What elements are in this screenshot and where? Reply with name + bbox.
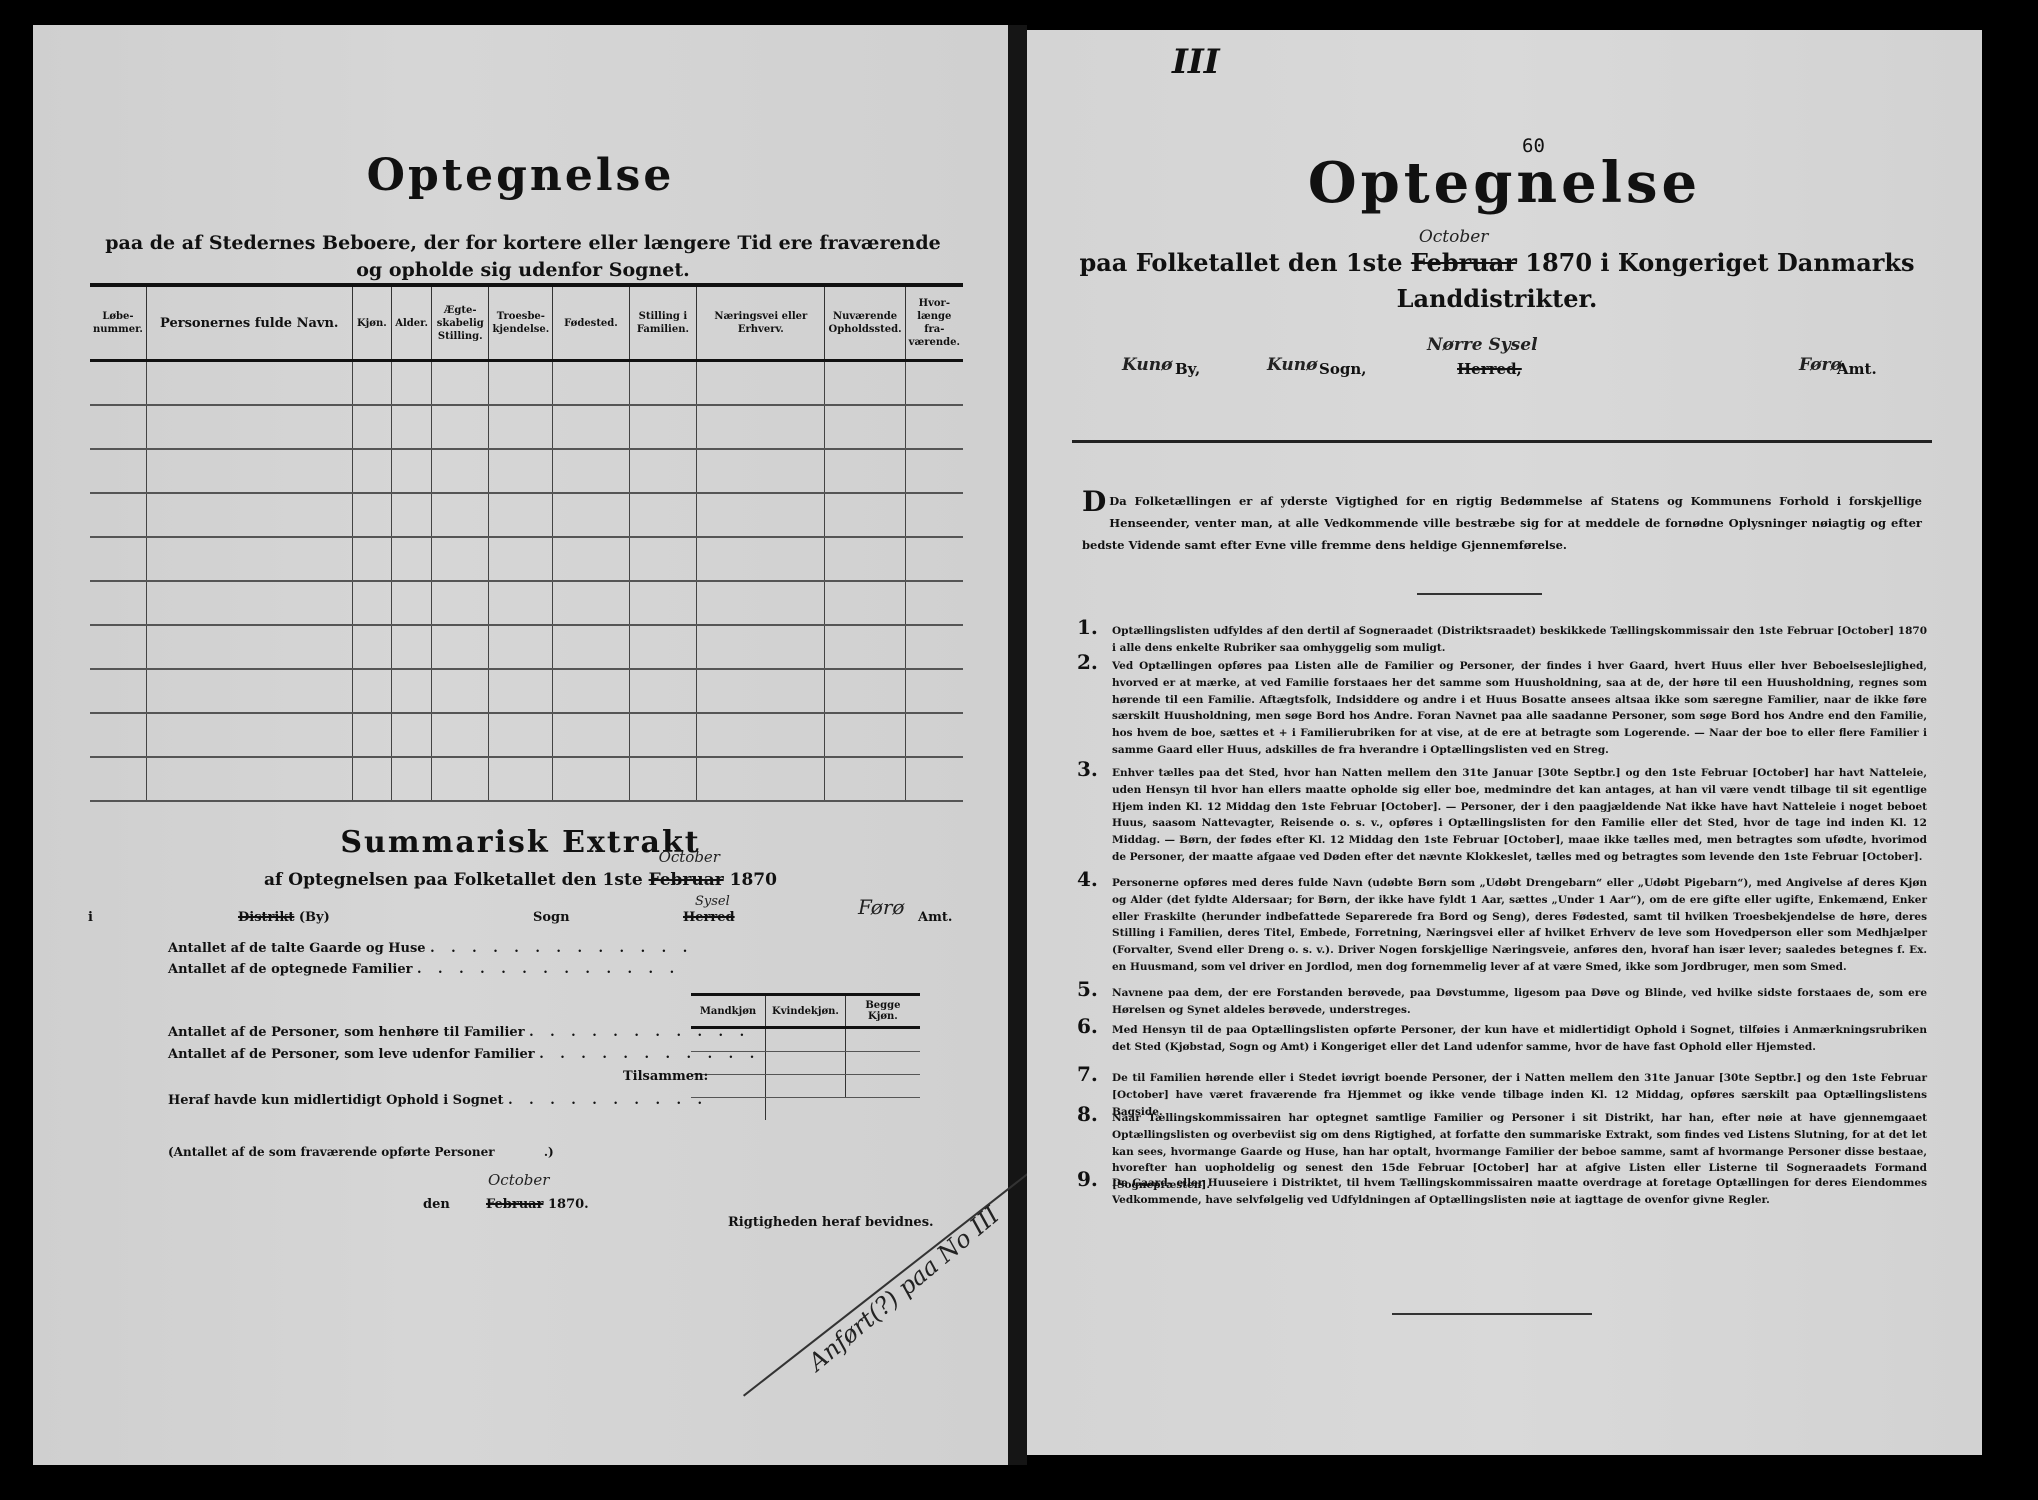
instruction-text: Med Hensyn til de paa Optællingslisten o… bbox=[1112, 1022, 1927, 1056]
table-cell bbox=[697, 361, 825, 406]
instruction-item: 4.Personerne opføres med deres fulde Nav… bbox=[1077, 875, 1927, 976]
table-cell bbox=[553, 757, 629, 801]
column-header: Stilling i Familien. bbox=[629, 285, 697, 361]
table-cell bbox=[489, 713, 553, 757]
struck-date-month: Februar bbox=[486, 1197, 543, 1212]
instruction-number: 1. bbox=[1077, 619, 1098, 636]
table-cell bbox=[146, 449, 352, 493]
handwritten-herred: Nørre Sysel bbox=[1427, 335, 1538, 355]
sum-row-outside-families: Antallet af de Personer, som leve udenfo… bbox=[168, 1047, 760, 1062]
table-cell bbox=[905, 449, 963, 493]
instruction-number: 4. bbox=[1077, 871, 1098, 888]
table-cell bbox=[90, 493, 146, 537]
instruction-number: 2. bbox=[1077, 654, 1098, 671]
table-cell bbox=[392, 361, 432, 406]
table-cell bbox=[697, 669, 825, 713]
table-header-row: Løbe-nummer. Personernes fulde Navn. Kjø… bbox=[90, 285, 963, 361]
table-cell bbox=[629, 669, 697, 713]
handwritten-amt: Førø bbox=[858, 895, 904, 919]
table-cell bbox=[825, 757, 905, 801]
table-row bbox=[90, 405, 963, 449]
instruction-text: Ved Optællingen opføres paa Listen alle … bbox=[1112, 658, 1927, 759]
table-cell bbox=[697, 757, 825, 801]
table-cell bbox=[352, 361, 392, 406]
left-page: Optegnelse paa de af Stedernes Beboere, … bbox=[33, 25, 1008, 1465]
table-cell bbox=[697, 581, 825, 625]
table-cell bbox=[825, 713, 905, 757]
handwritten-by: Kunø bbox=[1122, 355, 1172, 375]
sum-header-both: Begge Kjøn. bbox=[845, 995, 920, 1028]
table-cell bbox=[392, 625, 432, 669]
table-cell bbox=[392, 493, 432, 537]
column-header: Personernes fulde Navn. bbox=[146, 285, 352, 361]
table-cell bbox=[352, 581, 392, 625]
handwritten-sogn: Kunø bbox=[1267, 355, 1317, 375]
table-cell bbox=[697, 449, 825, 493]
table-cell bbox=[489, 625, 553, 669]
table-cell bbox=[905, 361, 963, 406]
table-cell bbox=[432, 405, 489, 449]
table-cell bbox=[90, 405, 146, 449]
table-cell bbox=[825, 493, 905, 537]
instruction-number: 9. bbox=[1077, 1171, 1098, 1188]
table-cell bbox=[392, 449, 432, 493]
table-cell bbox=[629, 625, 697, 669]
table-cell bbox=[90, 625, 146, 669]
instruction-number: 3. bbox=[1077, 761, 1098, 778]
herred-field: Herred Sysel bbox=[683, 910, 735, 925]
table-cell bbox=[553, 625, 629, 669]
table-cell bbox=[432, 493, 489, 537]
left-page-title: Optegnelse bbox=[33, 150, 1008, 201]
extract-line-label: Antallet af de optegnede Familier bbox=[168, 962, 412, 977]
table-cell bbox=[146, 757, 352, 801]
table-cell bbox=[146, 361, 352, 406]
table-cell bbox=[90, 713, 146, 757]
table-row bbox=[90, 361, 963, 406]
district-field: Distrikt (By) bbox=[238, 910, 330, 925]
instruction-item: 2.Ved Optællingen opføres paa Listen all… bbox=[1077, 658, 1927, 759]
table-cell bbox=[146, 405, 352, 449]
handwritten-herred: Sysel bbox=[695, 894, 730, 909]
handwritten-amt: Førø bbox=[1799, 355, 1842, 375]
absent-count-label: (Antallet af de som fraværende opførte P… bbox=[168, 1145, 495, 1159]
table-cell bbox=[352, 405, 392, 449]
table-cell bbox=[905, 713, 963, 757]
table-cell bbox=[825, 537, 905, 581]
table-cell bbox=[489, 757, 553, 801]
table-cell bbox=[489, 581, 553, 625]
extract-title: Summarisk Extrakt bbox=[33, 825, 1008, 860]
table-cell bbox=[432, 581, 489, 625]
table-cell bbox=[489, 669, 553, 713]
absentees-table: Løbe-nummer. Personernes fulde Navn. Kjø… bbox=[90, 283, 963, 802]
struck-herred: Herred bbox=[683, 910, 735, 925]
right-page-title: Optegnelse bbox=[1027, 150, 1982, 216]
table-row bbox=[90, 537, 963, 581]
subtitle-prefix: paa Folketallet den 1ste bbox=[1079, 248, 1402, 277]
subtitle-suffix: 1870 i Kongeriget Danmarks bbox=[1525, 248, 1914, 277]
extract-line-label: Antallet af de talte Gaarde og Huse bbox=[168, 941, 426, 956]
table-cell bbox=[90, 581, 146, 625]
table-cell bbox=[352, 625, 392, 669]
table-cell bbox=[553, 581, 629, 625]
left-page-subtitle: paa de af Stedernes Beboere, der for kor… bbox=[93, 230, 953, 284]
date-prefix: den bbox=[423, 1197, 450, 1212]
table-cell bbox=[629, 713, 697, 757]
table-cell bbox=[392, 537, 432, 581]
intro-text: Da Folketællingen er af yderste Vigtighe… bbox=[1082, 494, 1922, 552]
instruction-item: 1.Optællingslisten udfyldes af den derti… bbox=[1077, 623, 1927, 657]
column-header: Kjøn. bbox=[352, 285, 392, 361]
sogn-label: Sogn, bbox=[1319, 360, 1366, 378]
table-cell bbox=[629, 449, 697, 493]
table-cell bbox=[146, 537, 352, 581]
table-cell bbox=[905, 405, 963, 449]
table-cell bbox=[553, 713, 629, 757]
table-cell bbox=[90, 537, 146, 581]
table-cell bbox=[352, 493, 392, 537]
table-cell bbox=[905, 537, 963, 581]
column-header: Løbe-nummer. bbox=[90, 285, 146, 361]
table-cell bbox=[825, 581, 905, 625]
instruction-item: 6.Med Hensyn til de paa Optællingslisten… bbox=[1077, 1022, 1927, 1056]
extract-line-houses: Antallet af de talte Gaarde og Huse . . … bbox=[168, 941, 693, 956]
table-cell bbox=[146, 625, 352, 669]
extract-year: 1870 bbox=[730, 870, 777, 890]
amt-label: Amt. bbox=[1837, 360, 1877, 378]
table-cell bbox=[432, 537, 489, 581]
table-cell bbox=[905, 581, 963, 625]
sum-header-male: Mandkjøn bbox=[691, 995, 766, 1028]
book-gutter bbox=[1008, 25, 1027, 1465]
table-cell bbox=[629, 361, 697, 406]
table-cell bbox=[146, 493, 352, 537]
table-cell bbox=[392, 669, 432, 713]
table-cell bbox=[90, 757, 146, 801]
column-header: Hvor-længe fra-værende. bbox=[905, 285, 963, 361]
table-cell bbox=[352, 537, 392, 581]
table-cell bbox=[146, 581, 352, 625]
right-page: III 60 Optegnelse paa Folketallet den 1s… bbox=[1027, 30, 1982, 1455]
table-row bbox=[90, 581, 963, 625]
table-cell bbox=[392, 757, 432, 801]
table-cell bbox=[629, 537, 697, 581]
table-row bbox=[90, 669, 963, 713]
intro-paragraph: DDa Folketællingen er af yderste Vigtigh… bbox=[1082, 490, 1922, 556]
handwritten-month: October bbox=[659, 848, 720, 866]
table-cell bbox=[825, 625, 905, 669]
table-cell bbox=[392, 713, 432, 757]
column-header: Ægte-skabelig Stilling. bbox=[432, 285, 489, 361]
district-label: (By) bbox=[299, 910, 330, 925]
table-cell bbox=[432, 757, 489, 801]
subtitle-line2: Landdistrikter. bbox=[1057, 281, 1937, 317]
instruction-number: 7. bbox=[1077, 1066, 1098, 1083]
by-label: By, bbox=[1175, 360, 1200, 378]
table-cell bbox=[697, 713, 825, 757]
table-cell bbox=[90, 449, 146, 493]
table-cell bbox=[697, 493, 825, 537]
table-cell bbox=[489, 449, 553, 493]
table-cell bbox=[392, 405, 432, 449]
total-label: Tilsammen: bbox=[623, 1069, 708, 1084]
table-cell bbox=[432, 669, 489, 713]
table-cell bbox=[432, 449, 489, 493]
table-cell bbox=[825, 669, 905, 713]
temporary-stay-label: Heraf havde kun midlertidigt Ophold i So… bbox=[168, 1093, 504, 1108]
column-header: Troesbe-kjendelse. bbox=[489, 285, 553, 361]
instruction-item: 9.De Gaard- eller Huuseiere i Distriktet… bbox=[1077, 1175, 1927, 1209]
sum-row-label: Antallet af de Personer, som henhøre til… bbox=[168, 1025, 525, 1040]
table-cell bbox=[629, 581, 697, 625]
table-row bbox=[90, 493, 963, 537]
table-cell bbox=[352, 713, 392, 757]
table-body bbox=[90, 361, 963, 802]
table-cell bbox=[629, 493, 697, 537]
table-cell bbox=[489, 537, 553, 581]
struck-district: Distrikt bbox=[238, 910, 294, 925]
short-divider bbox=[1417, 593, 1542, 595]
section-divider bbox=[1072, 440, 1932, 443]
sum-row-in-families: Antallet af de Personer, som henhøre til… bbox=[168, 1025, 750, 1040]
table-cell bbox=[432, 361, 489, 406]
table-cell bbox=[352, 757, 392, 801]
table-cell bbox=[146, 713, 352, 757]
column-header: Alder. bbox=[392, 285, 432, 361]
table-cell bbox=[553, 405, 629, 449]
sum-header-female: Kvindekjøn. bbox=[766, 995, 846, 1028]
parish-label: Sogn bbox=[533, 910, 570, 925]
date-field: Februar 1870. October bbox=[486, 1197, 589, 1212]
handwritten-month: October bbox=[1419, 219, 1489, 255]
table-cell bbox=[905, 625, 963, 669]
table-cell bbox=[697, 537, 825, 581]
table-row bbox=[90, 757, 963, 801]
table-cell bbox=[553, 669, 629, 713]
instruction-number: 6. bbox=[1077, 1018, 1098, 1035]
table-cell bbox=[825, 449, 905, 493]
instruction-text: Navnene paa dem, der ere Forstanden berø… bbox=[1112, 985, 1927, 1019]
table-cell bbox=[553, 493, 629, 537]
struck-herred: Herred, bbox=[1457, 360, 1522, 378]
table-cell bbox=[905, 493, 963, 537]
instruction-text: Enhver tælles paa det Sted, hvor han Nat… bbox=[1112, 765, 1927, 866]
instruction-text: Personerne opføres med deres fulde Navn … bbox=[1112, 875, 1927, 976]
column-header: Fødested. bbox=[553, 285, 629, 361]
table-cell bbox=[825, 405, 905, 449]
column-header: Næringsvei eller Erhverv. bbox=[697, 285, 825, 361]
table-cell bbox=[392, 581, 432, 625]
extract-subtitle-prefix: af Optegnelsen paa Folketallet den 1ste bbox=[264, 870, 643, 890]
table-cell bbox=[489, 361, 553, 406]
table-cell bbox=[146, 669, 352, 713]
table-row bbox=[90, 449, 963, 493]
table-cell bbox=[90, 669, 146, 713]
sum-row-label: Antallet af de Personer, som leve udenfo… bbox=[168, 1047, 535, 1062]
instruction-item: 5.Navnene paa dem, der ere Forstanden be… bbox=[1077, 985, 1927, 1019]
extract-line-families: Antallet af de optegnede Familier . . . … bbox=[168, 962, 680, 977]
absent-count-row: (Antallet af de som fraværende opførte P… bbox=[168, 1145, 554, 1159]
instruction-number: 8. bbox=[1077, 1106, 1098, 1123]
table-cell bbox=[489, 493, 553, 537]
table-cell bbox=[90, 361, 146, 406]
column-header: Nuværende Opholdssted. bbox=[825, 285, 905, 361]
table-cell bbox=[629, 757, 697, 801]
instruction-number: 5. bbox=[1077, 981, 1098, 998]
closing-divider bbox=[1392, 1313, 1592, 1315]
table-cell bbox=[489, 405, 553, 449]
table-cell bbox=[905, 669, 963, 713]
handwritten-date-month: October bbox=[488, 1171, 549, 1189]
location-prefix: i bbox=[88, 910, 93, 925]
table-cell bbox=[697, 405, 825, 449]
table-row bbox=[90, 625, 963, 669]
table-cell bbox=[825, 361, 905, 406]
date-year: 1870. bbox=[548, 1197, 589, 1212]
table-cell bbox=[432, 713, 489, 757]
table-cell bbox=[352, 669, 392, 713]
roman-numeral-mark: III bbox=[1172, 42, 1220, 82]
amt-label: Amt. bbox=[918, 910, 952, 925]
absent-count-close: .) bbox=[544, 1145, 554, 1159]
extract-subtitle: af Optegnelsen paa Folketallet den 1ste … bbox=[33, 870, 1008, 890]
table-row bbox=[90, 713, 963, 757]
table-cell bbox=[432, 625, 489, 669]
instruction-item: 3.Enhver tælles paa det Sted, hvor han N… bbox=[1077, 765, 1927, 866]
table-cell bbox=[553, 361, 629, 406]
table-cell bbox=[553, 449, 629, 493]
temporary-stay-row: Heraf havde kun midlertidigt Ophold i So… bbox=[168, 1093, 708, 1108]
table-cell bbox=[697, 625, 825, 669]
table-cell bbox=[629, 405, 697, 449]
table-cell bbox=[352, 449, 392, 493]
instruction-text: De Gaard- eller Huuseiere i Distriktet, … bbox=[1112, 1175, 1927, 1209]
certification-text: Rigtigheden heraf bevidnes. bbox=[728, 1215, 934, 1230]
right-page-subtitle: paa Folketallet den 1ste Februar October… bbox=[1057, 245, 1937, 317]
table-cell bbox=[905, 757, 963, 801]
table-cell bbox=[553, 537, 629, 581]
instruction-text: Optællingslisten udfyldes af den dertil … bbox=[1112, 623, 1927, 657]
struck-month: Februar bbox=[649, 870, 724, 890]
